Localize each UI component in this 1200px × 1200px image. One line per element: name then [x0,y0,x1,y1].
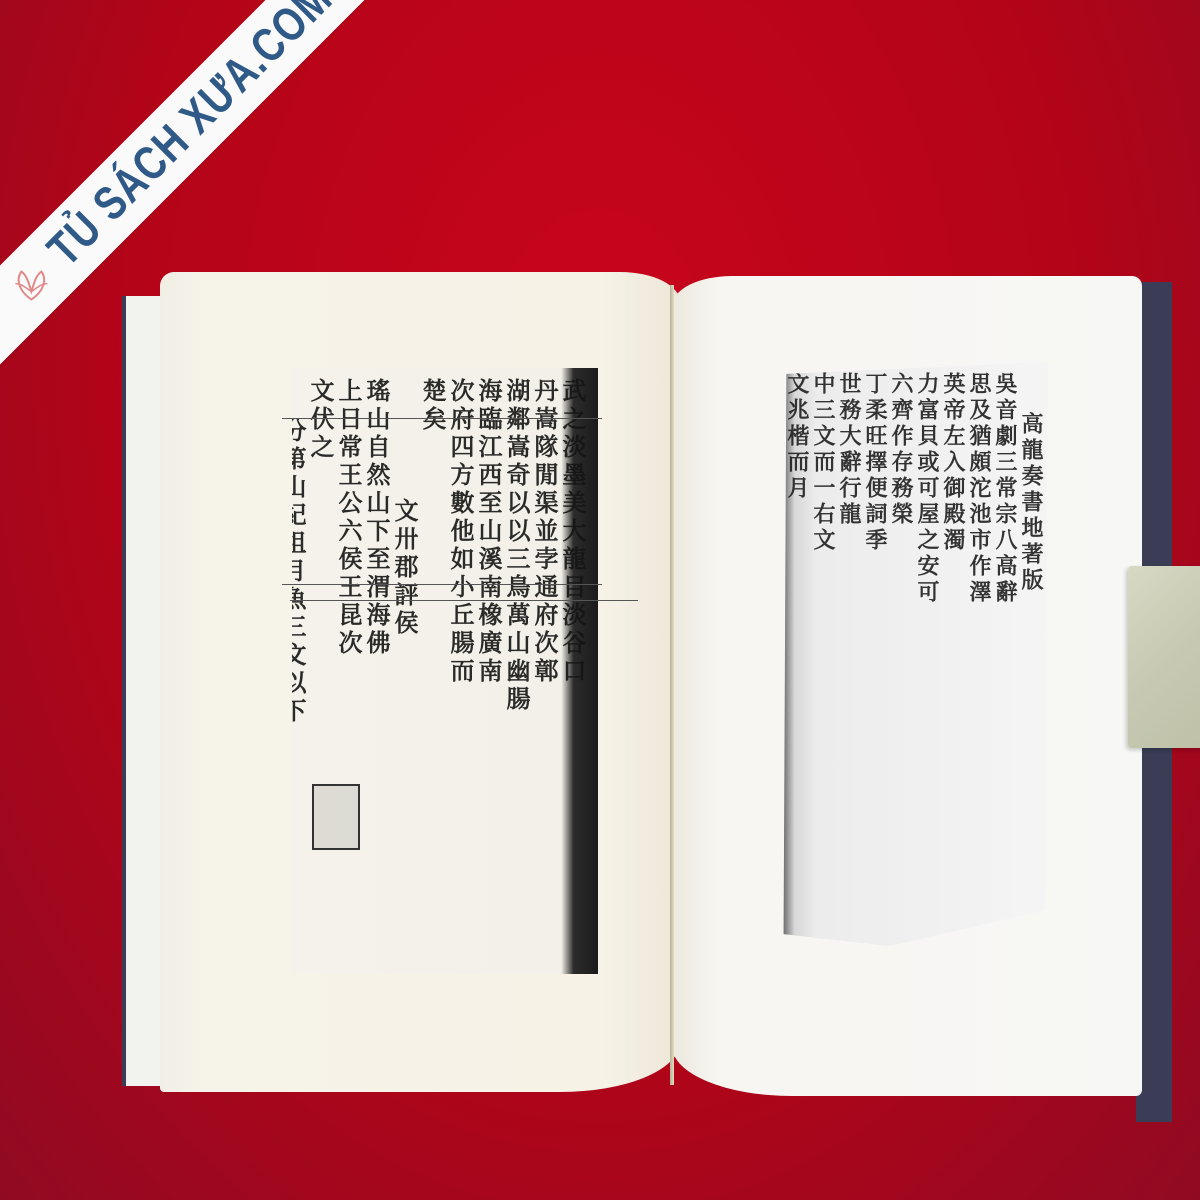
manuscript-column: 力富貝或可屋之安可 [916,372,938,948]
manuscript-column: 楚矣 [420,378,444,964]
manuscript-column: 丁柔旺擇便詞季 [864,372,886,948]
manuscript-column: 文兆楷而月 [786,372,808,948]
manuscript-column: 武之淡墨美大龍目淡谷口 [560,378,584,964]
manuscript-column: 湖鄰嵩奇以以三鳥萬山幽腸 [504,378,528,964]
ruled-line [282,584,602,585]
book-gutter [670,285,674,1085]
ruled-line [282,418,602,419]
manuscript-column: 世務大辭行龍 [838,372,860,948]
butterfly-lotus-icon [9,262,53,306]
manuscript-column: 文伏之 [308,378,332,964]
right-manuscript-plate: 高龍奏書地著版 吳音劇三常宗八高辭 思及猶頗沱池市作澤 英帝左入御殿濁 力富貝或… [778,362,1056,958]
red-seal-stamp-icon [312,784,360,850]
manuscript-column: 思及猶頗沱池市作澤 [968,372,990,948]
jade-paperweight [1128,566,1200,748]
manuscript-column: 丹嵩隊閒渠並孛通府次鄣 [532,378,556,964]
manuscript-column: 次府四方數他如小丘腸而 [448,378,472,964]
manuscript-column: 吳音劇三常宗八高辭 [994,372,1016,948]
manuscript-column: 分第山紀祖月魚三文以下 [292,378,304,964]
manuscript-column: 英帝左入御殿濁 [942,372,964,948]
manuscript-column: 文卅郡評侯 [392,378,416,964]
watermark-text: TỦ SÁCH XƯA.COM [38,0,343,277]
manuscript-column: 瑤山自然山下至渭海佛 [364,378,388,964]
manuscript-column: 中三文而一右文 [812,372,834,948]
left-manuscript-plate: 武之淡墨美大龍目淡谷口 丹嵩隊閒渠並孛通府次鄣 湖鄰嵩奇以以三鳥萬山幽腸 海臨江… [292,368,598,974]
manuscript-column: 六齊作存務榮 [890,372,912,948]
manuscript-column: 上日常王公六侯王昆次 [336,378,360,964]
manuscript-column: 海臨江西至山溪南橡廣南 [476,378,500,964]
ruled-line [290,600,638,601]
manuscript-column: 高龍奏書地著版 [1020,372,1042,948]
